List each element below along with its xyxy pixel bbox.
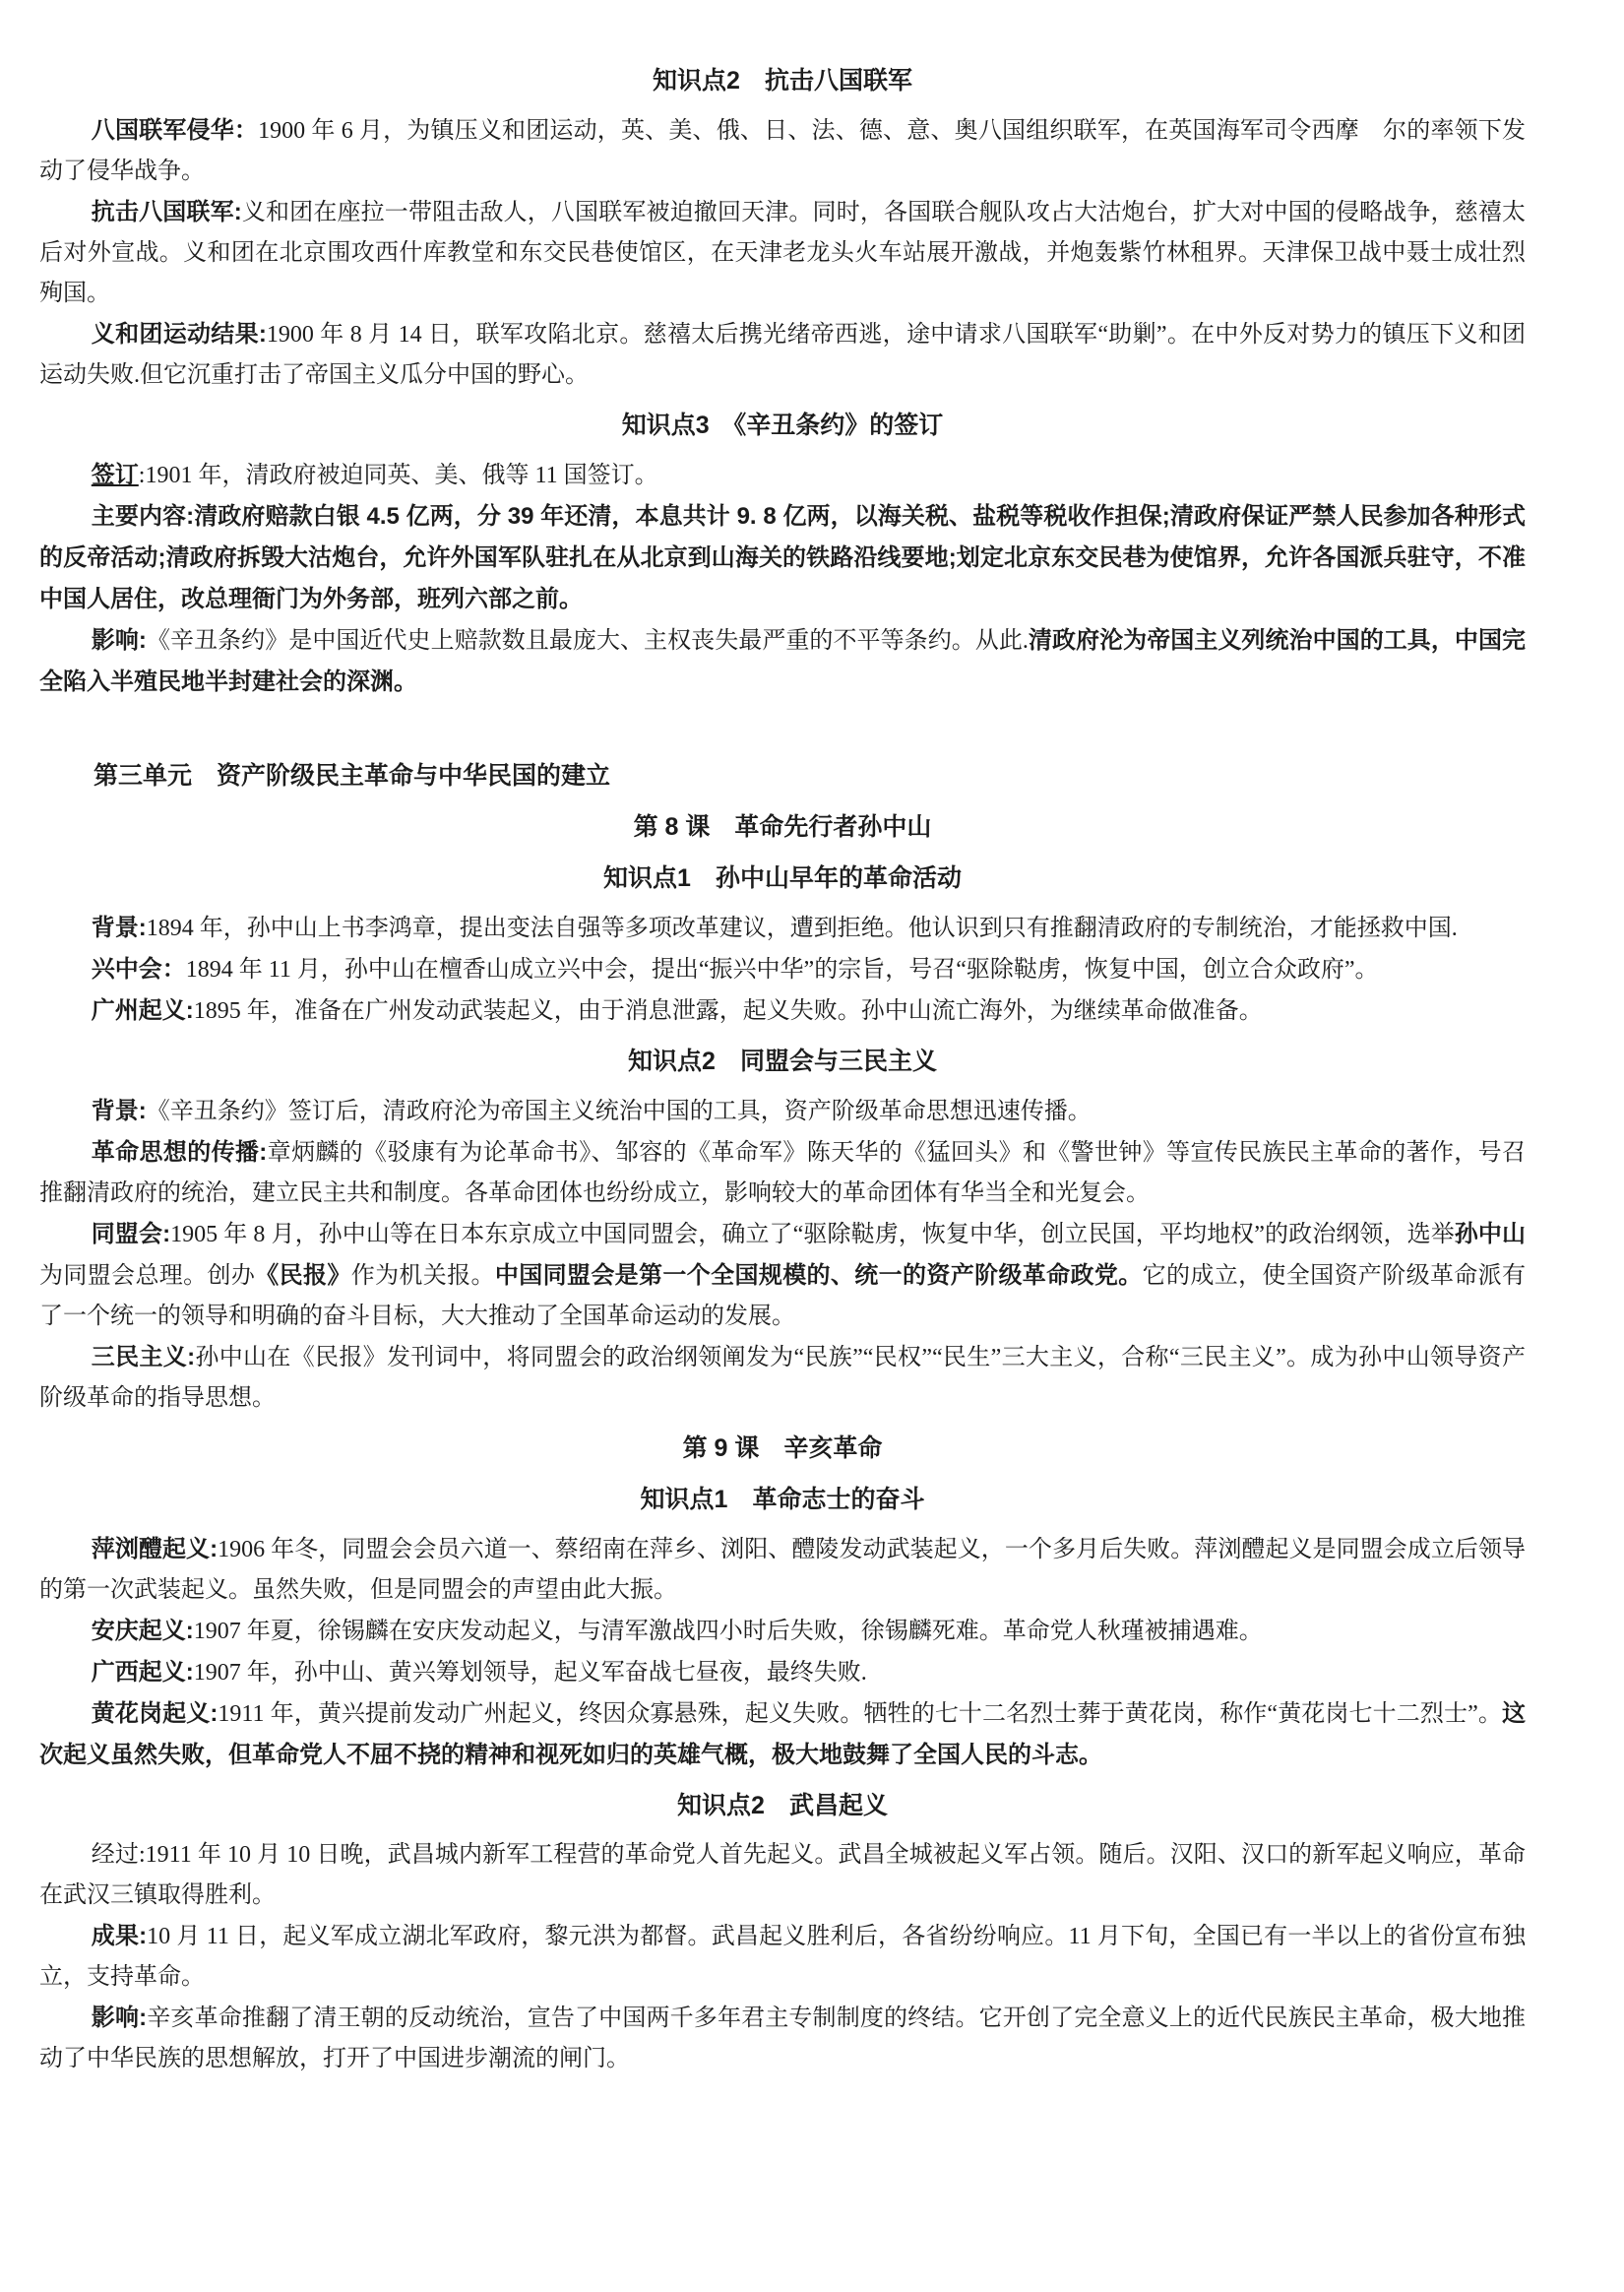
section-heading: 知识点3 《辛丑条约》的签订 bbox=[39, 404, 1526, 447]
key-term: 黄花岗起义: bbox=[92, 1700, 219, 1727]
paragraph: 成果:10 月 11 日，起义军成立湖北军政府，黎元洪为都督。武昌起义胜利后，各… bbox=[39, 1916, 1526, 1998]
key-term: 广西起义: bbox=[92, 1659, 194, 1686]
section-heading: 知识点2 武昌起义 bbox=[39, 1784, 1526, 1827]
body-text: 《辛丑条约》签订后，清政府沦为帝国主义统治中国的工具，资产阶级革命思想迅速传播。 bbox=[147, 1099, 1092, 1124]
paragraph: 广州起义:1895 年，准备在广州发动武装起义，由于消息泄露，起义失败。孙中山流… bbox=[39, 990, 1526, 1032]
paragraph: 广西起义:1907 年，孙中山、黄兴筹划领导，起义军奋战七昼夜，最终失败. bbox=[39, 1652, 1526, 1693]
body-text: 《辛丑条约》是中国近代史上赔款数且最庞大、主权丧失最严重的不平等条约。从此. bbox=[147, 628, 1029, 654]
key-term: 背景: bbox=[92, 915, 147, 941]
key-term: 三民主义: bbox=[92, 1344, 195, 1370]
body-text: 1895 年，准备在广州发动武装起义，由于消息泄露，起义失败。孙中山流亡海外，为… bbox=[194, 998, 1263, 1024]
body-text: 义和团在座拉一带阻击敌人，八国联军被迫撤回天津。同时，各国联合舰队攻占大沽炮台，… bbox=[39, 200, 1526, 306]
document-body: 知识点2 抗击八国联军八国联军侵华：1900 年 6 月，为镇压义和团运动，英、… bbox=[39, 59, 1526, 2079]
body-text: 1900 年 6 月，为镇压义和团运动，英、美、俄、日、法、德、意、奥八国组织联… bbox=[39, 118, 1526, 184]
key-term: 安庆起义: bbox=[92, 1618, 194, 1644]
body-text: 为同盟会总理。创办 bbox=[39, 1263, 255, 1289]
key-term: 《民报》 bbox=[255, 1262, 350, 1289]
body-text: 1905 年 8 月，孙中山等在日本东京成立中国同盟会，确立了“驱除鞑虏，恢复中… bbox=[170, 1222, 1455, 1247]
key-term: 广州起义: bbox=[92, 997, 194, 1024]
body-text: 1911 年，黄兴提前发动广州起义，终因众寡悬殊，起义失败。牺牲的七十二名烈士葬… bbox=[218, 1701, 1502, 1727]
section-heading: 知识点1 革命志士的奋斗 bbox=[39, 1478, 1526, 1521]
paragraph: 安庆起义:1907 年夏，徐锡麟在安庆发动起义，与清军激战四小时后失败，徐锡麟死… bbox=[39, 1611, 1526, 1652]
paragraph: 革命思想的传播:章炳麟的《驳康有为论革命书》、邹容的《革命军》陈天华的《猛回头》… bbox=[39, 1132, 1526, 1214]
key-term: 影响: bbox=[92, 627, 147, 654]
paragraph: 经过:1911 年 10 月 10 日晚，武昌城内新军工程营的革命党人首先起义。… bbox=[39, 1835, 1526, 1916]
key-term: 影响: bbox=[92, 2005, 147, 2031]
body-text: 辛亥革命推翻了清王朝的反动统治，宣告了中国两千多年君主专制制度的终结。它开创了完… bbox=[39, 2005, 1526, 2071]
paragraph: 影响:辛亥革命推翻了清王朝的反动统治，宣告了中国两千多年君主专制制度的终结。它开… bbox=[39, 1998, 1526, 2079]
paragraph: 兴中会：1894 年 11 月，孙中山在檀香山成立兴中会，提出“振兴中华”的宗旨… bbox=[39, 949, 1526, 990]
paragraph: 签订:1901 年，清政府被迫同英、美、俄等 11 国签订。 bbox=[39, 455, 1526, 496]
paragraph: 义和团运动结果:1900 年 8 月 14 日，联军攻陷北京。慈禧太后携光绪帝西… bbox=[39, 314, 1526, 396]
paragraph: 背景:《辛丑条约》签订后，清政府沦为帝国主义统治中国的工具，资产阶级革命思想迅速… bbox=[39, 1091, 1526, 1132]
unit-heading: 第三单元 资产阶级民主革命与中华民国的建立 bbox=[39, 754, 1526, 797]
paragraph: 八国联军侵华：1900 年 6 月，为镇压义和团运动，英、美、俄、日、法、德、意… bbox=[39, 110, 1526, 192]
section-heading: 知识点1 孙中山早年的革命活动 bbox=[39, 857, 1526, 900]
paragraph: 同盟会:1905 年 8 月，孙中山等在日本东京成立中国同盟会，确立了“驱除鞑虏… bbox=[39, 1214, 1526, 1337]
body-text: 1894 年，孙中山上书李鸿章，提出变法自强等多项改革建议，遭到拒绝。他认识到只… bbox=[147, 916, 1458, 941]
paragraph: 黄花岗起义:1911 年，黄兴提前发动广州起义，终因众寡悬殊，起义失败。牺牲的七… bbox=[39, 1693, 1526, 1776]
document-page: 知识点2 抗击八国联军八国联军侵华：1900 年 6 月，为镇压义和团运动，英、… bbox=[0, 0, 1624, 2292]
key-term: 萍浏醴起义: bbox=[92, 1536, 218, 1562]
body-text: 1907 年，孙中山、黄兴筹划领导，起义军奋战七昼夜，最终失败. bbox=[194, 1660, 867, 1686]
body-text: 孙中山在《民报》发刊词中，将同盟会的政治纲领阐发为“民族”“民权”“民生”三大主… bbox=[39, 1345, 1526, 1411]
paragraph: 主要内容:清政府赔款白银 4.5 亿两，分 39 年还清，本息共计 9. 8 亿… bbox=[39, 496, 1526, 620]
body-text: :1901 年，清政府被迫同英、美、俄等 11 国签订。 bbox=[139, 463, 658, 488]
key-term: 中国同盟会是第一个全国规模的、统一的资产阶级革命政党。 bbox=[495, 1262, 1143, 1289]
key-term: 孙中山 bbox=[1455, 1221, 1526, 1247]
section-heading: 第 9 课 辛亥革命 bbox=[39, 1427, 1526, 1470]
paragraph: 三民主义:孙中山在《民报》发刊词中，将同盟会的政治纲领阐发为“民族”“民权”“民… bbox=[39, 1337, 1526, 1419]
paragraph: 影响:《辛丑条约》是中国近代史上赔款数且最庞大、主权丧失最严重的不平等条约。从此… bbox=[39, 620, 1526, 703]
key-term: 八国联军侵华： bbox=[92, 117, 258, 144]
section-heading: 知识点2 同盟会与三民主义 bbox=[39, 1040, 1526, 1083]
paragraph: 抗击八国联军:义和团在座拉一带阻击敌人，八国联军被迫撤回天津。同时，各国联合舰队… bbox=[39, 192, 1526, 314]
key-term: 背景: bbox=[92, 1098, 147, 1124]
key-term: 主要内容:清政府赔款白银 4.5 亿两，分 39 年还清，本息共计 9. 8 亿… bbox=[39, 503, 1526, 612]
section-heading: 知识点2 抗击八国联军 bbox=[39, 59, 1526, 102]
key-term: 签订 bbox=[92, 462, 139, 488]
body-text: 10 月 11 日，起义军成立湖北军政府，黎元洪为都督。武昌起义胜利后，各省纷纷… bbox=[39, 1924, 1526, 1990]
body-text: 经过:1911 年 10 月 10 日晚，武昌城内新军工程营的革命党人首先起义。… bbox=[39, 1842, 1526, 1908]
body-text: 作为机关报。 bbox=[351, 1263, 495, 1289]
body-text: 1906 年冬，同盟会会员六道一、蔡绍南在萍乡、浏阳、醴陵发动武装起义，一个多月… bbox=[39, 1537, 1526, 1603]
paragraph: 背景:1894 年，孙中山上书李鸿章，提出变法自强等多项改革建议，遭到拒绝。他认… bbox=[39, 908, 1526, 949]
section-heading: 第 8 课 革命先行者孙中山 bbox=[39, 805, 1526, 849]
body-text: 1907 年夏，徐锡麟在安庆发动起义，与清军激战四小时后失败，徐锡麟死难。革命党… bbox=[194, 1619, 1263, 1644]
key-term: 成果: bbox=[92, 1923, 147, 1949]
key-term: 抗击八国联军: bbox=[92, 199, 242, 225]
body-text: 1894 年 11 月，孙中山在檀香山成立兴中会，提出“振兴中华”的宗旨，号召“… bbox=[186, 957, 1379, 983]
key-term: 同盟会: bbox=[92, 1221, 170, 1247]
key-term: 义和团运动结果: bbox=[92, 321, 267, 348]
key-term: 兴中会： bbox=[92, 956, 186, 983]
key-term: 革命思想的传播: bbox=[92, 1139, 267, 1166]
paragraph: 萍浏醴起义:1906 年冬，同盟会会员六道一、蔡绍南在萍乡、浏阳、醴陵发动武装起… bbox=[39, 1529, 1526, 1611]
